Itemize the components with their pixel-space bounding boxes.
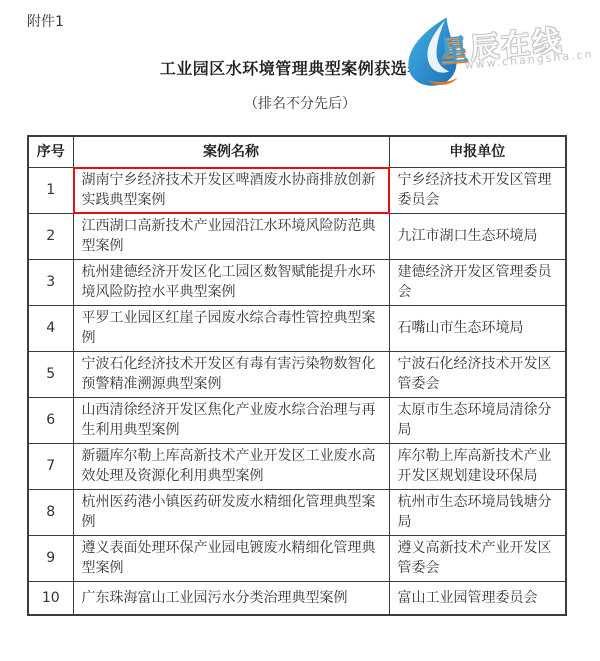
page-subtitle: （排名不分先后） — [0, 93, 600, 113]
row-index: 7 — [28, 443, 73, 489]
table-row: 10 广东珠海富山工业园污水分类治理典型案例 富山工业园管理委员会 — [28, 581, 566, 615]
row-index: 9 — [28, 535, 73, 581]
unit-cell: 建德经济开发区管理委员会 — [389, 259, 566, 305]
row-index: 2 — [28, 213, 73, 259]
unit-cell: 太原市生态环境局清徐分局 — [389, 397, 566, 443]
row-index: 8 — [28, 489, 73, 535]
table-row: 2 江西湖口高新技术产业园沿江水环境风险防范典型案例 九江市湖口生态环境局 — [28, 213, 566, 259]
unit-cell: 遵义高新技术产业开发区管委会 — [389, 535, 566, 581]
table-header-row: 序号 案例名称 申报单位 — [28, 136, 566, 167]
case-cell: 杭州医药港小镇医药研发废水精细化管理典型案例 — [73, 489, 389, 535]
case-cell: 山西清徐经济开发区焦化产业废水综合治理与再生利用典型案例 — [73, 397, 389, 443]
row-index: 5 — [28, 351, 73, 397]
table-row: 6 山西清徐经济开发区焦化产业废水综合治理与再生利用典型案例 太原市生态环境局清… — [28, 397, 566, 443]
table-row: 5 宁波石化经济技术开发区有毒有害污染物数智化预警精准溯源典型案例 宁波石化经济… — [28, 351, 566, 397]
case-cell: 宁波石化经济技术开发区有毒有害污染物数智化预警精准溯源典型案例 — [73, 351, 389, 397]
header-index: 序号 — [28, 136, 73, 167]
table-row: 3 杭州建德经济开发区化工园区数智赋能提升水环境风险防控水平典型案例 建德经济开… — [28, 259, 566, 305]
case-cell: 新疆库尔勒上库高新技术产业开发区工业废水高效处理及资源化利用典型案例 — [73, 443, 389, 489]
unit-cell: 库尔勒上库高新技术产业开发区规划建设环保局 — [389, 443, 566, 489]
table-row: 9 遵义表面处理环保产业园电镀废水精细化管理典型案例 遵义高新技术产业开发区管委… — [28, 535, 566, 581]
unit-cell: 九江市湖口生态环境局 — [389, 213, 566, 259]
attachment-label: 附件1 — [27, 11, 64, 31]
unit-cell: 杭州市生态环境局钱塘分局 — [389, 489, 566, 535]
row-index: 6 — [28, 397, 73, 443]
case-cell: 遵义表面处理环保产业园电镀废水精细化管理典型案例 — [73, 535, 389, 581]
header-reporting-unit: 申报单位 — [389, 136, 566, 167]
case-cell: 江西湖口高新技术产业园沿江水环境风险防范典型案例 — [73, 213, 389, 259]
row-index: 10 — [28, 581, 73, 615]
case-cell: 平罗工业园区红崖子园废水综合毒性管控典型案例 — [73, 305, 389, 351]
unit-cell: 富山工业园管理委员会 — [389, 581, 566, 615]
highlighted-case-cell: 湖南宁乡经济技术开发区啤酒废水协商排放创新实践典型案例 — [73, 167, 389, 213]
unit-cell: 石嘴山市生态环境局 — [389, 305, 566, 351]
case-cell: 杭州建德经济开发区化工园区数智赋能提升水环境风险防控水平典型案例 — [73, 259, 389, 305]
unit-cell: 宁乡经济技术开发区管理委员会 — [389, 167, 566, 213]
case-cell: 广东珠海富山工业园污水分类治理典型案例 — [73, 581, 389, 615]
table-row: 8 杭州医药港小镇医药研发废水精细化管理典型案例 杭州市生态环境局钱塘分局 — [28, 489, 566, 535]
header-case-name: 案例名称 — [73, 136, 389, 167]
table-row: 7 新疆库尔勒上库高新技术产业开发区工业废水高效处理及资源化利用典型案例 库尔勒… — [28, 443, 566, 489]
cases-table: 序号 案例名称 申报单位 1 湖南宁乡经济技术开发区啤酒废水协商排放创新实践典型… — [27, 135, 567, 616]
row-index: 4 — [28, 305, 73, 351]
row-index: 1 — [28, 167, 73, 213]
unit-cell: 宁波石化经济技术开发区管委会 — [389, 351, 566, 397]
table-row: 1 湖南宁乡经济技术开发区啤酒废水协商排放创新实践典型案例 宁乡经济技术开发区管… — [28, 167, 566, 213]
table-row: 4 平罗工业园区红崖子园废水综合毒性管控典型案例 石嘴山市生态环境局 — [28, 305, 566, 351]
site-watermark-logo: 星辰在线 www.changsha.cn — [402, 0, 593, 92]
row-index: 3 — [28, 259, 73, 305]
